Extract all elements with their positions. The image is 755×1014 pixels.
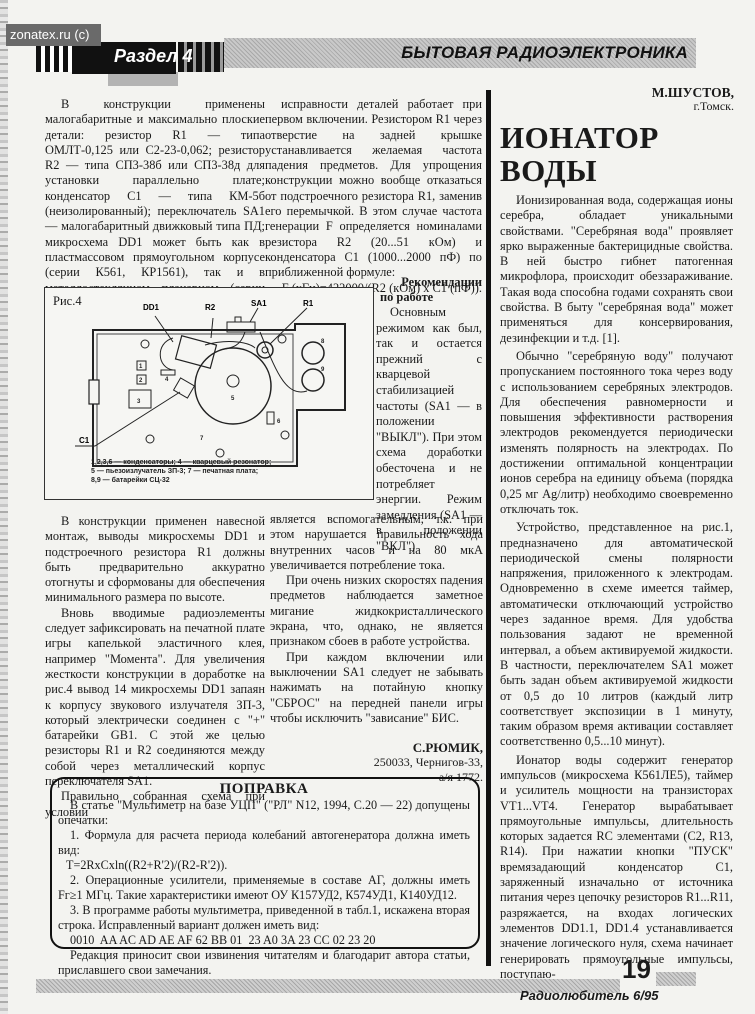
- label-5: 5: [231, 396, 235, 402]
- label-sa1: SA1: [251, 299, 267, 308]
- subheading-recommendations: Рекомендации: [376, 275, 482, 290]
- section-title: БЫТОВАЯ РАДИОЭЛЕКТРОНИКА: [401, 43, 688, 63]
- left-article-col2-top: исправности деталей работает при первом …: [265, 97, 482, 296]
- article-title-line1: ИОНАТОР: [500, 121, 733, 154]
- article-title-line2: ВОДЫ: [500, 154, 733, 187]
- figure-label: Рис.4: [53, 294, 82, 309]
- paragraph: В конструкции применены малогабаритные и…: [45, 97, 265, 311]
- correction-item-1: 1. Формула для расчета периода колебаний…: [58, 828, 470, 858]
- paragraph: Вновь вводимые радиоэлементы следует заф…: [45, 606, 265, 790]
- paragraph: Обычно "серебряную воду" получают пропус…: [500, 349, 733, 517]
- paragraph: При каждом включении или выключении SA1 …: [270, 650, 483, 726]
- article-city: г.Томск.: [500, 100, 734, 113]
- paragraph: является вспомогательным, т.к. при этом …: [270, 512, 483, 573]
- left-article-col1-bottom: В конструкции применен навесной монтаж, …: [45, 514, 265, 820]
- section-title-bar: БЫТОВАЯ РАДИОЭЛЕКТРОНИКА: [224, 38, 696, 68]
- page-number: 19: [622, 954, 651, 985]
- label-2: 2: [139, 378, 143, 384]
- watermark: zonatex.ru (c): [6, 24, 101, 46]
- correction-code: 0010 AA AC AD AE AF 62 BB 01 23 A0 3A 23…: [58, 933, 470, 948]
- correction-item-2: 2. Операционные усилители, применяемые в…: [58, 873, 470, 903]
- label-dd1: DD1: [143, 303, 160, 312]
- caption-line: 1,2,3,6 — конденсаторы; 4 — кварцевый ре…: [91, 458, 271, 467]
- label-3: 3: [137, 399, 141, 405]
- label-9: 9: [321, 367, 325, 373]
- correction-title: ПОПРАВКА: [58, 781, 470, 798]
- paragraph: В конструкции применен навесной монтаж, …: [45, 514, 265, 606]
- label-6: 6: [277, 419, 281, 425]
- signature-name: С.РЮМИК,: [270, 740, 483, 755]
- label-r1: R1: [303, 299, 314, 308]
- caption-line: 8,9 — батарейки СЦ-32: [91, 476, 271, 485]
- footer-bar-right: [656, 972, 696, 986]
- figure-4-assembly-drawing: DD1 R2 SA1 R1 C1 1 2 3 4 5 6 7 8 9 Рис.4…: [44, 287, 374, 500]
- correction-closing: Редакция приносит свои извинения читател…: [58, 948, 470, 978]
- scan-edge: [0, 0, 8, 1014]
- correction-item-3: 3. В программе работы мультиметра, приве…: [58, 903, 470, 933]
- correction-intro: В статье "Мультиметр на базе УЦП" ("РЛ" …: [58, 798, 470, 828]
- label-7: 7: [200, 436, 204, 442]
- section-label: Раздел 4: [114, 46, 193, 67]
- article-title: ИОНАТОР ВОДЫ: [500, 121, 733, 187]
- label-1: 1: [139, 364, 143, 370]
- paragraph: Ионатор воды содержит генератор импульсо…: [500, 753, 733, 982]
- paragraph: Устройство, представленное на рис.1, пре…: [500, 520, 733, 749]
- figure-caption: 1,2,3,6 — конденсаторы; 4 — кварцевый ре…: [91, 458, 271, 485]
- paragraph: Ионизированная вода, содержащая ионы сер…: [500, 193, 733, 346]
- subheading-usage: по работе: [380, 290, 482, 305]
- header-stripes-decoration: [36, 44, 72, 72]
- column-divider: [486, 90, 491, 966]
- article-author: М.ШУСТОВ,: [500, 85, 734, 100]
- caption-line: 5 — пьезоизлучатель ЗП-3; 7 — печатная п…: [91, 467, 271, 476]
- correction-formula: Т=2RxCxln((R2+R'2)/(R2-R'2)).: [58, 858, 470, 873]
- label-c1: C1: [79, 436, 90, 445]
- magazine-issue: Радиолюбитель 6/95: [520, 988, 658, 1003]
- paragraph: исправности деталей работает при первом …: [265, 97, 482, 281]
- label-r2: R2: [205, 303, 216, 312]
- label-4: 4: [165, 377, 169, 383]
- right-article: М.ШУСТОВ, г.Томск. ИОНАТОР ВОДЫ Ионизиро…: [500, 85, 733, 982]
- header-tab-shadow: [108, 72, 178, 86]
- paragraph: При очень низких скоростях падения предм…: [270, 573, 483, 649]
- left-article-col2-bottom: является вспомогательным, т.к. при этом …: [270, 512, 483, 785]
- left-article-col1-top: В конструкции применены малогабаритные и…: [45, 97, 265, 311]
- signature-address-line1: 250033, Чернигов-33,: [270, 755, 483, 770]
- label-8: 8: [321, 339, 325, 345]
- page-header: Раздел 4 БЫТОВАЯ РАДИОЭЛЕКТРОНИКА: [36, 38, 696, 74]
- correction-box: ПОПРАВКА В статье "Мультиметр на базе УЦ…: [50, 777, 480, 949]
